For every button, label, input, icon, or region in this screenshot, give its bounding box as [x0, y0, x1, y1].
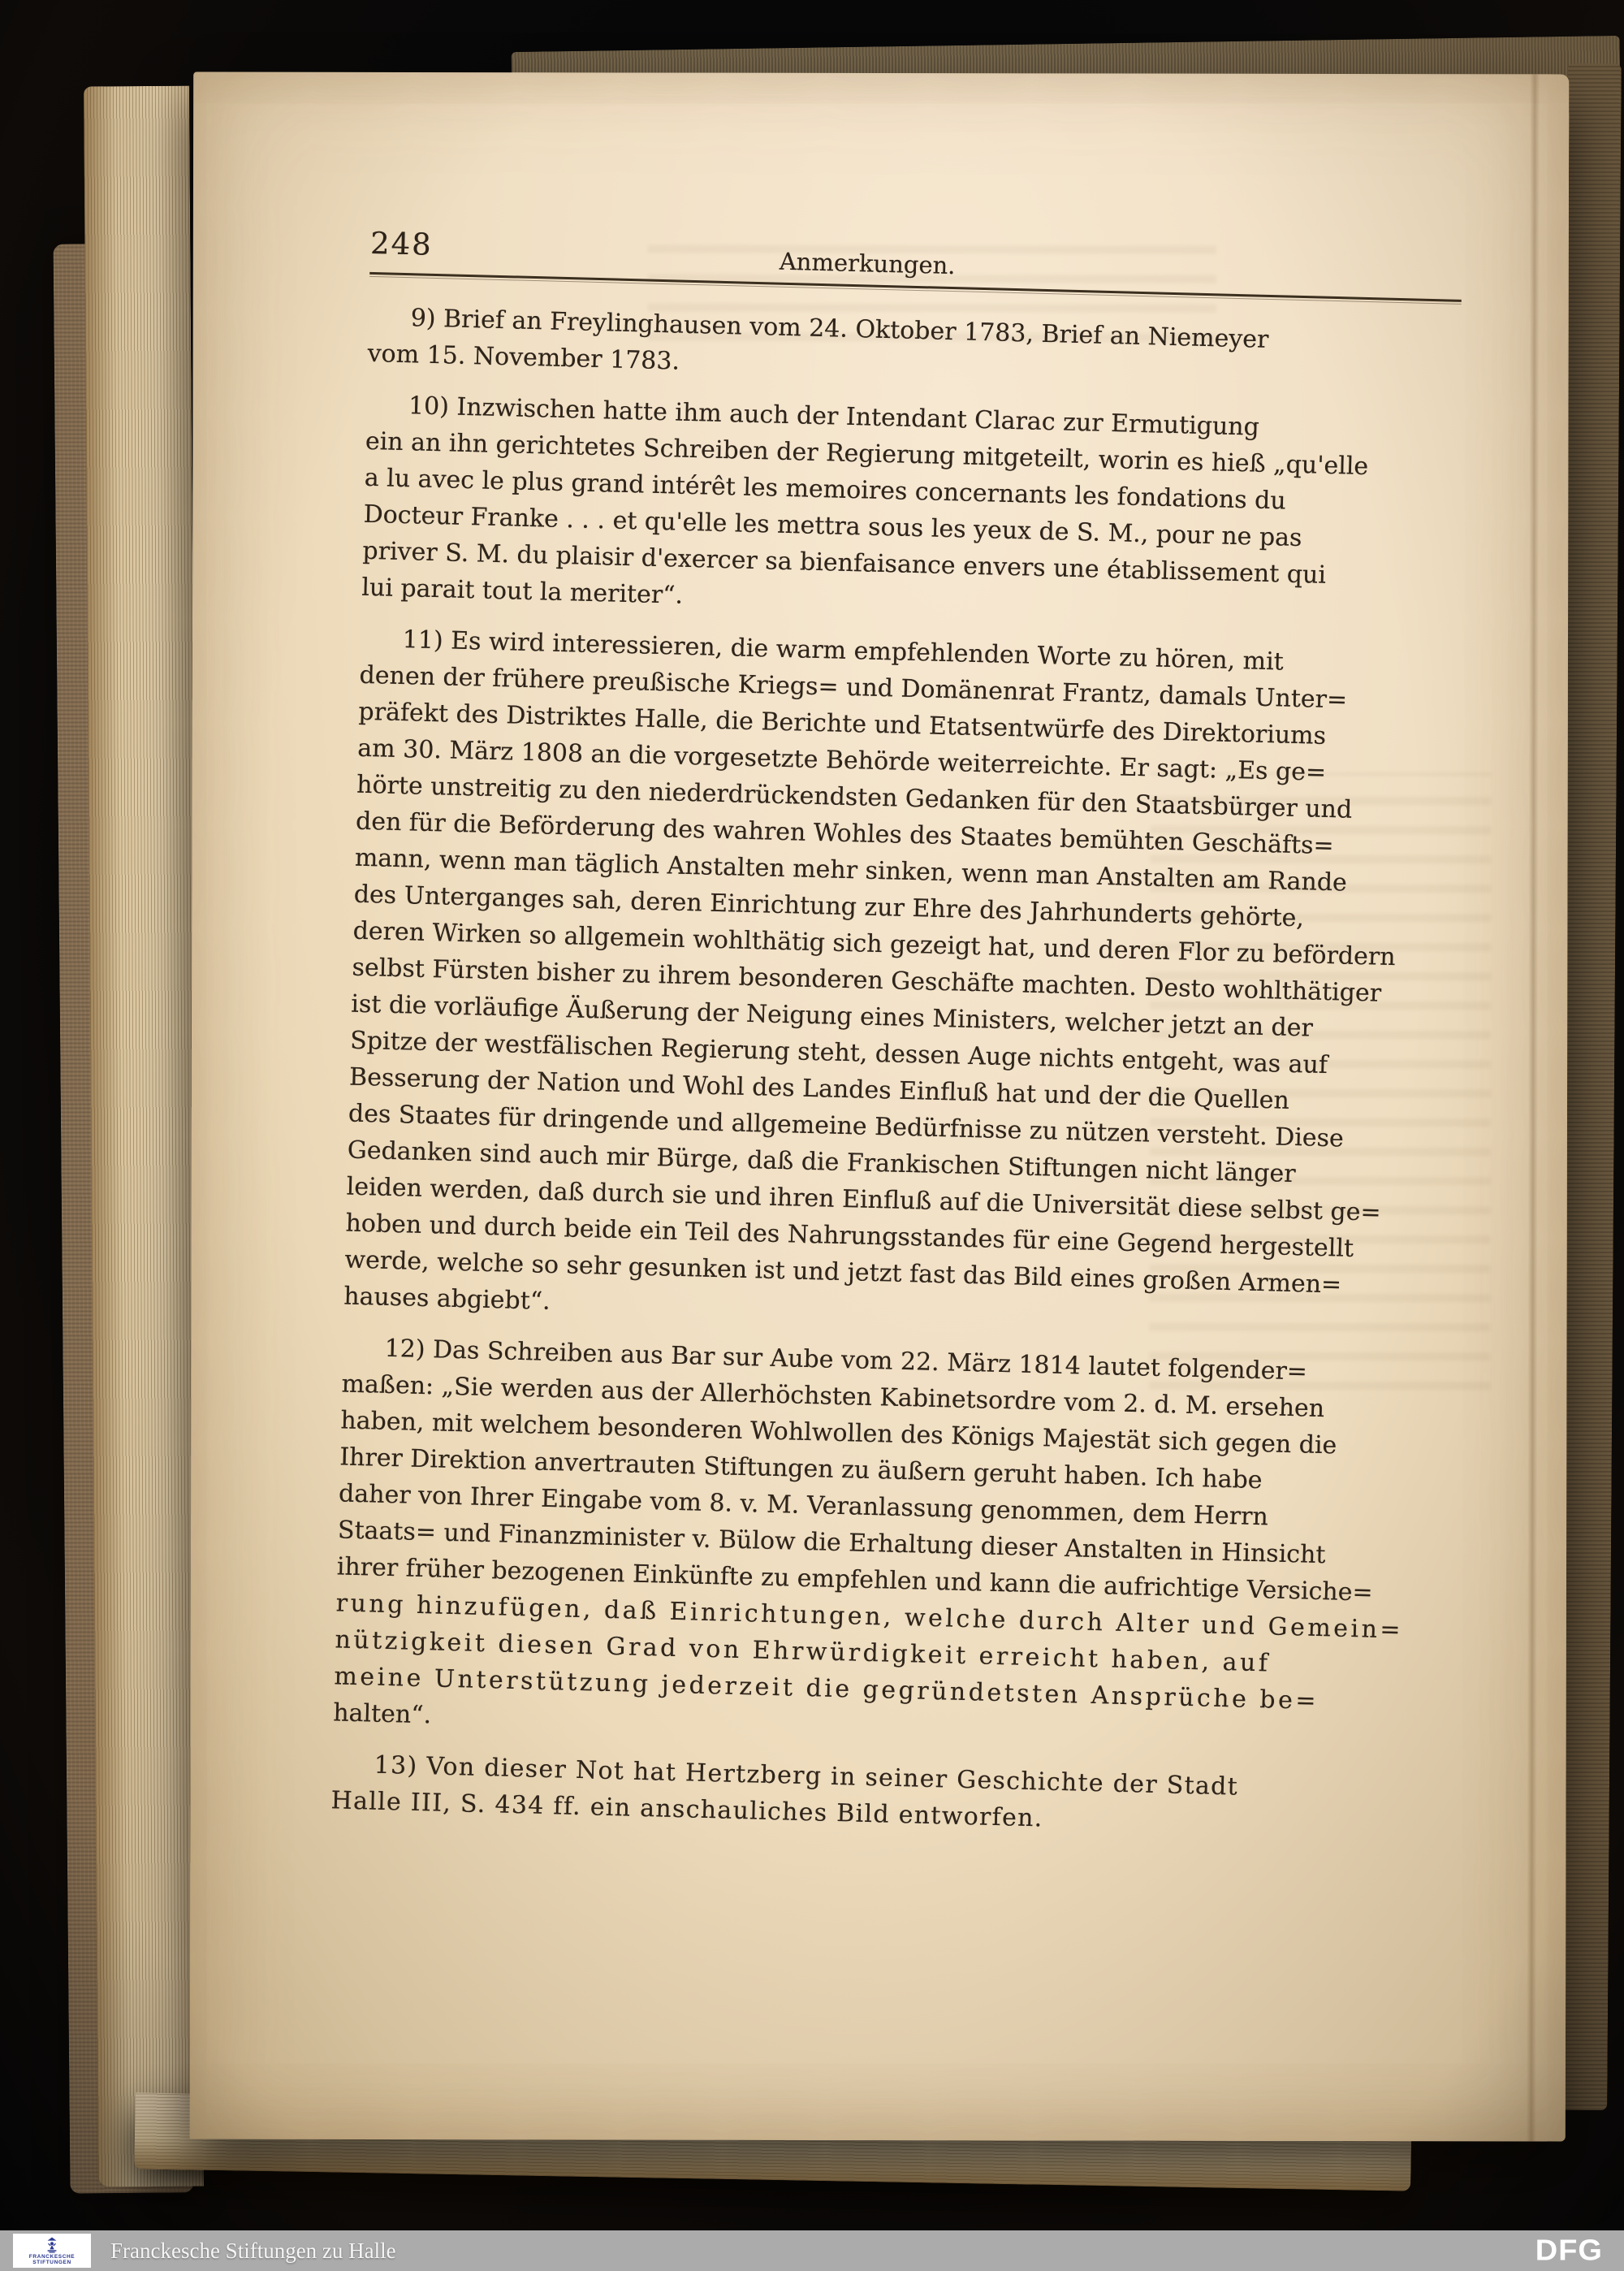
- logo-line-2: STIFTUNGEN: [29, 2260, 75, 2265]
- footnote-11: 11) Es wird interessieren, die warm empf…: [343, 621, 1453, 1343]
- page-stack-left-edge: [84, 86, 204, 2187]
- footnotes-list: 9) Brief an Freylinghausen vom 24. Oktob…: [330, 299, 1461, 1846]
- page-header: 248 Anmerkungen.: [369, 218, 1462, 295]
- footnote-13: 13) Von dieser Not hat Hertzberg in sein…: [330, 1745, 1424, 1846]
- viewer-footer-bar: FRANCKESCHE STIFTUNGEN Franckesche Stift…: [0, 2230, 1624, 2271]
- stiftungen-logo-text: FRANCKESCHE STIFTUNGEN: [29, 2254, 75, 2265]
- franckesche-stiftungen-logo: FRANCKESCHE STIFTUNGEN: [13, 2234, 91, 2268]
- library-name-label: Franckesche Stiftungen zu Halle: [110, 2239, 396, 2264]
- footnote-10: 10) Inzwischen hatte ihm auch der Intend…: [361, 387, 1458, 634]
- footnote-12: 12) Das Schreiben aus Bar sur Aube vom 2…: [333, 1329, 1435, 1758]
- stiftungen-emblem-icon: [45, 2237, 59, 2253]
- footnote-9: 9) Brief an Freylinghausen vom 24. Oktob…: [367, 299, 1461, 400]
- page-text-block: 248 Anmerkungen. 9) Brief an Freylinghau…: [330, 218, 1463, 1861]
- book-page: 248 Anmerkungen. 9) Brief an Freylinghau…: [190, 72, 1569, 2142]
- logo-line-1: FRANCKESCHE: [29, 2254, 75, 2260]
- dfg-logo: DFG: [1535, 2234, 1603, 2268]
- book-photo: 248 Anmerkungen. 9) Brief an Freylinghau…: [0, 0, 1624, 2271]
- page-gutter-crease: [1527, 74, 1540, 2141]
